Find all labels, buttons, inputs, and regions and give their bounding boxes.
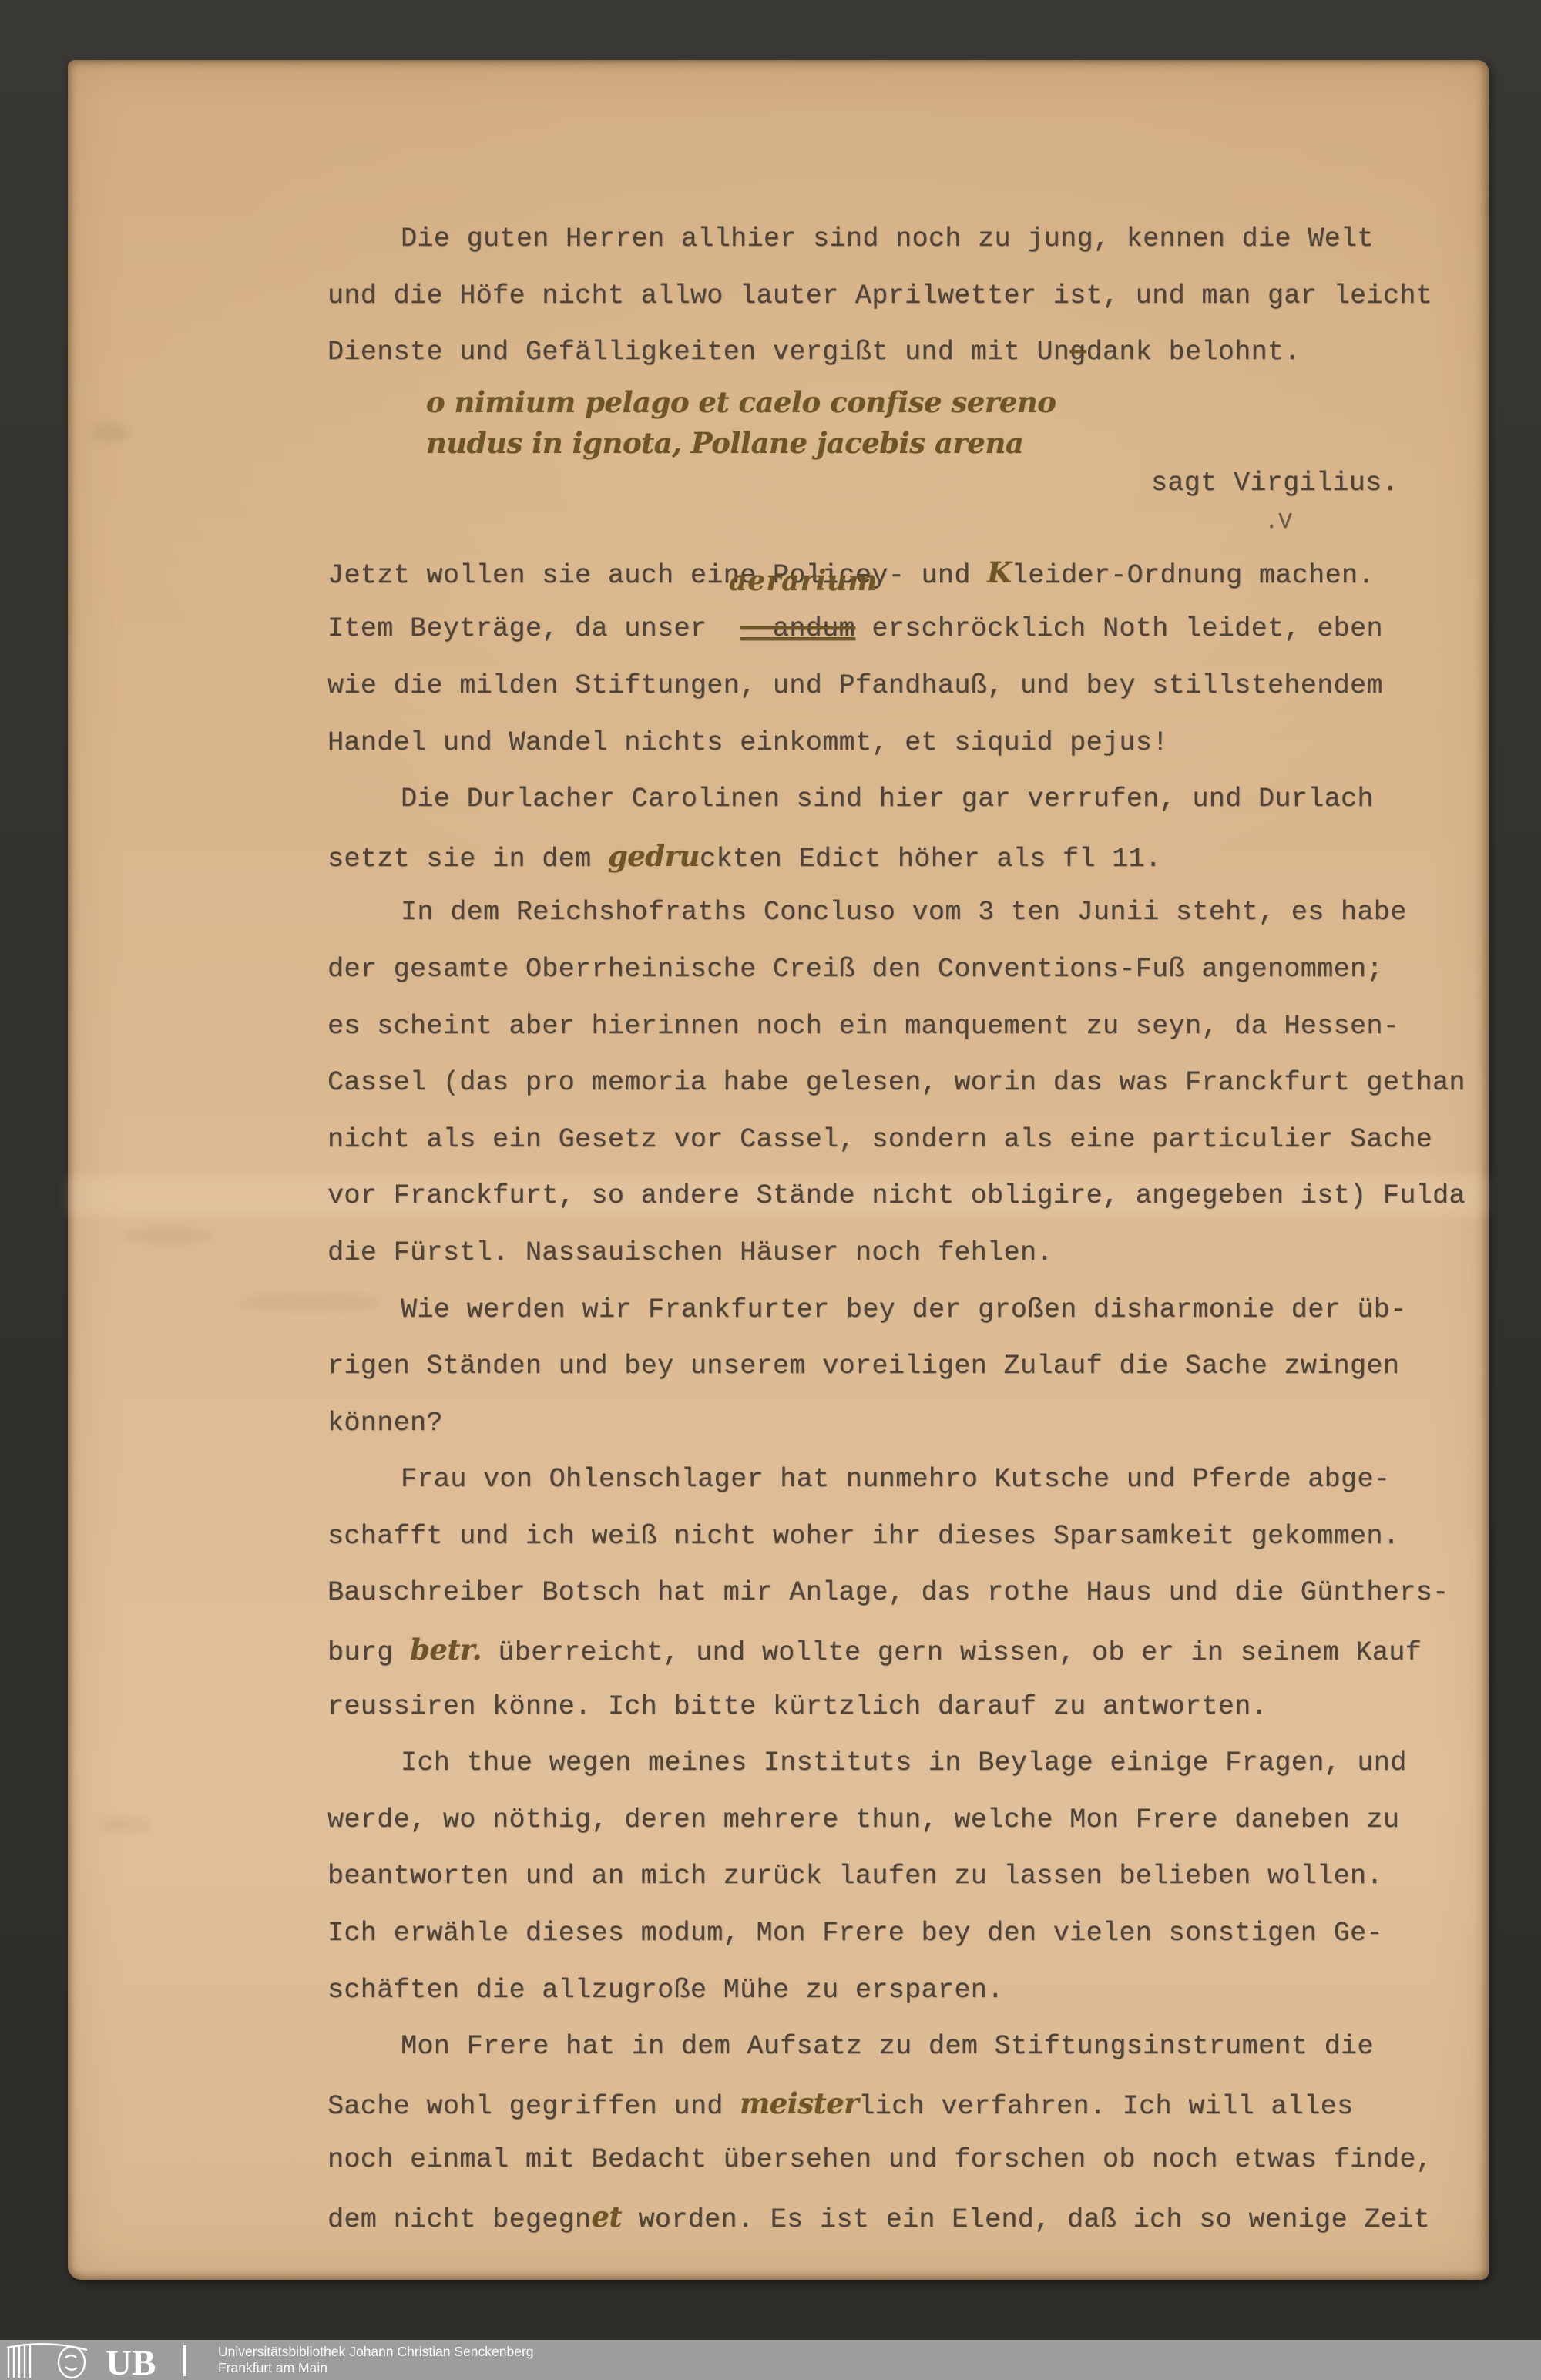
typed-text: Dienste und Gefälligkeiten vergißt und m… [327, 337, 1069, 368]
typed-line: schafft und ich weiß nicht woher ihr die… [327, 1509, 1499, 1566]
typed-line: beantworten und an mich zurück laufen zu… [327, 1848, 1499, 1905]
typed-text: worden. Es ist ein Elend, daß ich so wen… [622, 2204, 1430, 2235]
typed-text: dem nicht begegn [327, 2204, 591, 2235]
typed-text: Handel und Wandel nichts einkommt, et si… [327, 727, 1169, 758]
letter-text: Die guten Herren allhier sind noch zu ju… [327, 211, 1499, 2246]
typed-line: vor Franckfurt, so andere Stände nicht o… [327, 1168, 1499, 1225]
typed-text: Bauschreiber Botsch hat mir Anlage, das … [327, 1577, 1449, 1608]
typed-text: ckten Edict höher als fl 11. [700, 844, 1161, 874]
library-name: Universitätsbibliothek Johann Christian … [218, 2344, 534, 2360]
typed-text: Die Durlacher Carolinen sind hier gar ve… [401, 784, 1374, 814]
typed-line: können? [327, 1395, 1499, 1452]
typed-text: Mon Frere hat in dem Aufsatz zu dem Stif… [401, 2031, 1374, 2062]
typed-line: wie die milden Stiftungen, und Pfandhauß… [327, 658, 1499, 715]
typed-text: Ich thue wegen meines Instituts in Beyla… [401, 1747, 1407, 1778]
typed-text: beantworten und an mich zurück laufen zu… [327, 1861, 1383, 1892]
typed-line: Dienste und Gefälligkeiten vergißt und m… [327, 324, 1499, 381]
typed-line: Item Beyträge, da unser andumaerarium er… [327, 601, 1499, 658]
typed-line: die Fürstl. Nassauischen Häuser noch feh… [327, 1225, 1499, 1282]
typed-text: reussiren könne. Ich bitte kürtzlich dar… [327, 1691, 1267, 1722]
typed-text: Wie werden wir Frankfurter bey der große… [401, 1294, 1407, 1325]
typed-text: .V [1264, 509, 1292, 535]
typed-line: Die Durlacher Carolinen sind hier gar ve… [327, 771, 1499, 828]
library-footer-bar: UB Universitätsbibliothek Johann Christi… [0, 2340, 1541, 2380]
typed-text: sagt Virgilius. [1151, 468, 1398, 498]
typed-line: Ich thue wegen meines Instituts in Beyla… [327, 1735, 1499, 1792]
typed-text: der gesamte Oberrheinische Creiß den Con… [327, 954, 1383, 985]
typed-line: Ich erwähle dieses modum, Mon Frere bey … [327, 1905, 1499, 1962]
handwritten-correction: aerarium [729, 567, 878, 595]
logo-ub-text: UB [106, 2343, 156, 2379]
attribution-line: sagt Virgilius. [327, 463, 1499, 514]
typed-text: wie die milden Stiftungen, und Pfandhauß… [327, 670, 1383, 701]
typed-text: erschröcklich Noth leidet, eben [855, 613, 1383, 644]
typed-text: rigen Ständen und bey unserem voreiligen… [327, 1351, 1399, 1381]
typed-text: überreicht, und wollte gern wissen, ob e… [482, 1637, 1422, 1668]
typed-line: schäften die allzugroße Mühe zu ersparen… [327, 1962, 1499, 2019]
typed-text: leider-Ordnung machen. [1012, 560, 1375, 591]
typed-line: In dem Reichshofraths Concluso vom 3 ten… [327, 885, 1499, 942]
typed-text: werde, wo nöthig, deren mehrere thun, we… [327, 1804, 1399, 1835]
typed-text: nicht als ein Gesetz vor Cassel, sondern… [327, 1124, 1432, 1155]
corrected-word: andumaerarium [740, 601, 855, 658]
typed-line: Bauschreiber Botsch hat mir Anlage, das … [327, 1565, 1499, 1622]
typed-line: Frau von Ohlenschlager hat nunmehro Kuts… [327, 1452, 1499, 1509]
typed-line: burg betr. überreicht, und wollte gern w… [327, 1622, 1499, 1679]
typed-text: Sache wohl gegriffen und [327, 2091, 740, 2122]
library-logo-icon: UB [4, 2341, 193, 2379]
handwritten-text: gedru [608, 839, 700, 873]
typed-line: der gesamte Oberrheinische Creiß den Con… [327, 942, 1499, 999]
typed-text: können? [327, 1408, 443, 1438]
typed-line: nicht als ein Gesetz vor Cassel, sondern… [327, 1112, 1499, 1169]
typed-line: Cassel (das pro memoria habe gelesen, wo… [327, 1055, 1499, 1112]
typed-text: Item Beyträge, da unser [327, 613, 740, 644]
typed-text: In dem Reichshofraths Concluso vom 3 ten… [401, 897, 1407, 928]
ink-bleed-smudge [122, 1227, 214, 1244]
typed-text: und die Höfe nicht allwo lauter Aprilwet… [327, 280, 1432, 311]
typed-text: lich verfahren. Ich will alles [858, 2091, 1353, 2122]
typed-text: Ich erwähle dieses modum, Mon Frere bey … [327, 1918, 1383, 1949]
ink-bleed-smudge [99, 1817, 153, 1832]
typed-text: Cassel (das pro memoria habe gelesen, wo… [327, 1067, 1465, 1098]
typed-mark-line: .V [327, 514, 1499, 545]
typed-text: burg [327, 1637, 410, 1668]
typed-line: setzt sie in dem gedruckten Edict höher … [327, 828, 1499, 885]
typed-line: Wie werden wir Frankfurter bey der große… [327, 1282, 1499, 1339]
struck-word: andum [740, 613, 855, 644]
handwritten-text: betr. [410, 1633, 482, 1667]
typed-line: Die guten Herren allhier sind noch zu ju… [327, 211, 1499, 268]
typed-line: Sache wohl gegriffen und meisterlich ver… [327, 2076, 1499, 2133]
typed-line: reussiren könne. Ich bitte kürtzlich dar… [327, 1679, 1499, 1736]
ink-bleed-smudge [91, 422, 129, 442]
typed-text: Jetzt wollen sie auch eine Policey- und [327, 560, 987, 591]
typed-text: dank belohnt. [1086, 337, 1301, 368]
struck-text: g [1069, 337, 1086, 368]
typed-line: noch einmal mit Bedacht übersehen und fo… [327, 2132, 1499, 2189]
typed-text: setzt sie in dem [327, 844, 608, 874]
typed-text: vor Franckfurt, so andere Stände nicht o… [327, 1180, 1465, 1211]
handwritten-text: nudus in ignota, Pollane jacebis arena [426, 426, 1023, 460]
library-city: Frankfurt am Main [218, 2360, 534, 2376]
letter-page: Die guten Herren allhier sind noch zu ju… [68, 60, 1489, 2280]
typed-line: rigen Ständen und bey unserem voreiligen… [327, 1338, 1499, 1395]
typed-line: es scheint aber hierinnen noch ein manqu… [327, 999, 1499, 1056]
typed-line: Handel und Wandel nichts einkommt, et si… [327, 715, 1499, 772]
typed-text: Frau von Ohlenschlager hat nunmehro Kuts… [401, 1464, 1390, 1495]
typed-line: Mon Frere hat in dem Aufsatz zu dem Stif… [327, 2019, 1499, 2076]
typed-line: dem nicht begegnet worden. Es ist ein El… [327, 2189, 1499, 2246]
typed-text: noch einmal mit Bedacht übersehen und fo… [327, 2144, 1432, 2175]
library-footer-text: Universitätsbibliothek Johann Christian … [218, 2344, 534, 2376]
typed-text: es scheint aber hierinnen noch ein manqu… [327, 1011, 1399, 1042]
handwritten-text: et [591, 2200, 622, 2234]
typed-line: Jetzt wollen sie auch eine Policey- und … [327, 545, 1499, 602]
handwritten-text: o nimium pelago et caelo confise sereno [426, 385, 1056, 419]
typed-text: schäften die allzugroße Mühe zu ersparen… [327, 1975, 1004, 2006]
typed-line: werde, wo nöthig, deren mehrere thun, we… [327, 1792, 1499, 1849]
scanned-letter-viewer: Die guten Herren allhier sind noch zu ju… [0, 0, 1541, 2380]
typed-line: und die Höfe nicht allwo lauter Aprilwet… [327, 268, 1499, 325]
handwritten-text: meister [740, 2086, 858, 2120]
typed-text: schafft und ich weiß nicht woher ihr die… [327, 1521, 1399, 1552]
handwritten-quote-line: nudus in ignota, Pollane jacebis arena [327, 422, 1499, 463]
handwritten-quote-line: o nimium pelago et caelo confise sereno [327, 381, 1499, 422]
typed-text: Die guten Herren allhier sind noch zu ju… [401, 223, 1374, 254]
handwritten-text: K [987, 556, 1012, 589]
typed-text: die Fürstl. Nassauischen Häuser noch feh… [327, 1237, 1053, 1268]
